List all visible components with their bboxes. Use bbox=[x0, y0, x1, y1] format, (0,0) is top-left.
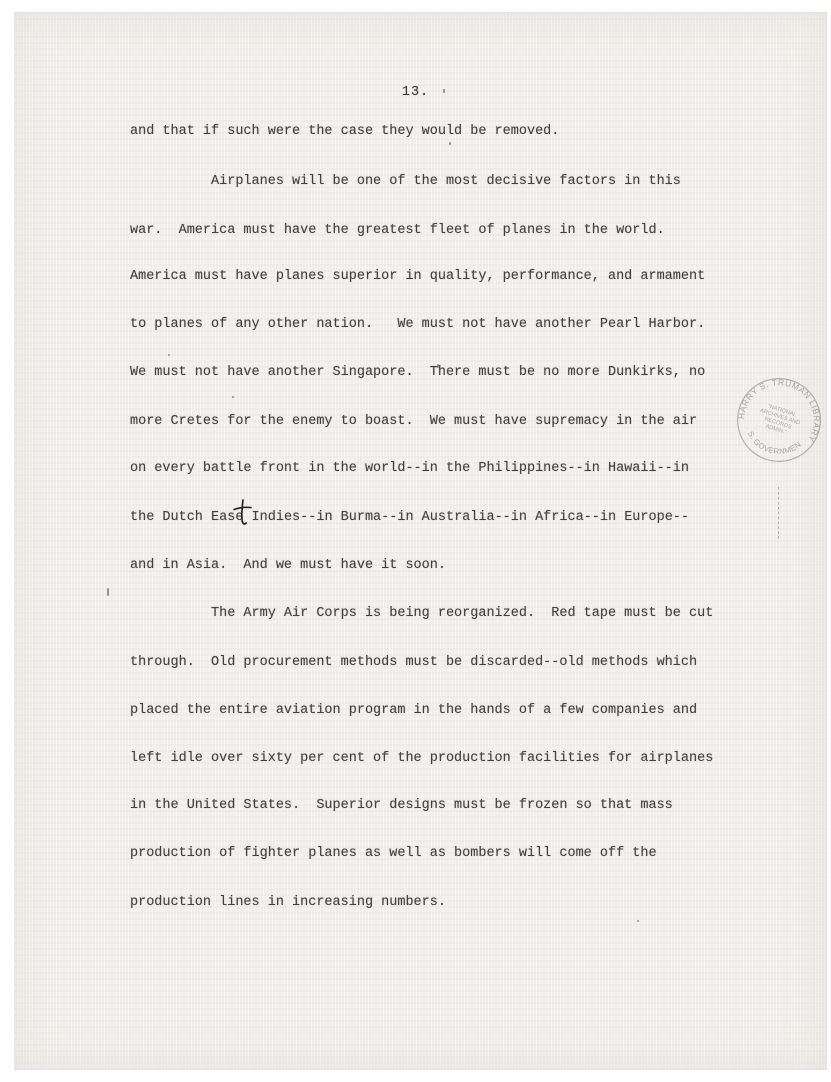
typed-line: to planes of any other nation. We must n… bbox=[130, 317, 705, 333]
typed-line: placed the entire aviation program in th… bbox=[130, 703, 697, 719]
typed-line: production lines in increasing numbers. bbox=[130, 895, 446, 911]
typed-line: more Cretes for the enemy to boast. We m… bbox=[130, 414, 697, 430]
paper-speck bbox=[637, 920, 639, 922]
typed-text-before: the Dutch Eas bbox=[130, 510, 235, 525]
page-number: 13. bbox=[0, 85, 831, 101]
typed-line: We must not have another Singapore. Ther… bbox=[130, 365, 705, 381]
paper-speck bbox=[168, 354, 170, 356]
scanned-document-page: 13. and that if such were the case they … bbox=[0, 0, 831, 1082]
typed-char: e bbox=[235, 510, 243, 525]
typed-line: on every battle front in the world--in t… bbox=[130, 461, 689, 477]
paper-scratch-mark bbox=[778, 487, 779, 539]
typed-line: left idle over sixty per cent of the pro… bbox=[130, 751, 713, 767]
typed-line: and in Asia. And we must have it soon. bbox=[130, 558, 446, 574]
typed-line: through. Old procurement methods must be… bbox=[130, 655, 697, 671]
typed-line: in the United States. Superior designs m… bbox=[130, 798, 673, 814]
margin-tick-mark bbox=[107, 588, 109, 596]
typed-line: The Army Air Corps is being reorganized.… bbox=[130, 606, 713, 622]
corrected-character: e bbox=[235, 510, 243, 526]
typed-line-with-correction: the Dutch Ease Indies--in Burma--in Aust… bbox=[130, 510, 689, 526]
typed-line: Airplanes will be one of the most decisi… bbox=[130, 174, 681, 190]
typed-text-after: Indies--in Burma--in Australia--in Afric… bbox=[243, 510, 689, 525]
typed-line: America must have planes superior in qua… bbox=[130, 269, 705, 285]
typed-line: and that if such were the case they woul… bbox=[130, 124, 559, 140]
paper-speck bbox=[232, 396, 234, 398]
typed-line: war. America must have the greatest flee… bbox=[130, 223, 665, 239]
archive-stamp: HARRY S. TRUMAN LIBRARY U. S. GOVERNMENT… bbox=[732, 373, 826, 467]
paper-speck bbox=[437, 364, 439, 368]
paper-sheet bbox=[14, 12, 827, 1070]
paper-speck bbox=[449, 142, 451, 145]
typed-line: production of fighter planes as well as … bbox=[130, 846, 657, 862]
paper-speck bbox=[443, 89, 445, 93]
